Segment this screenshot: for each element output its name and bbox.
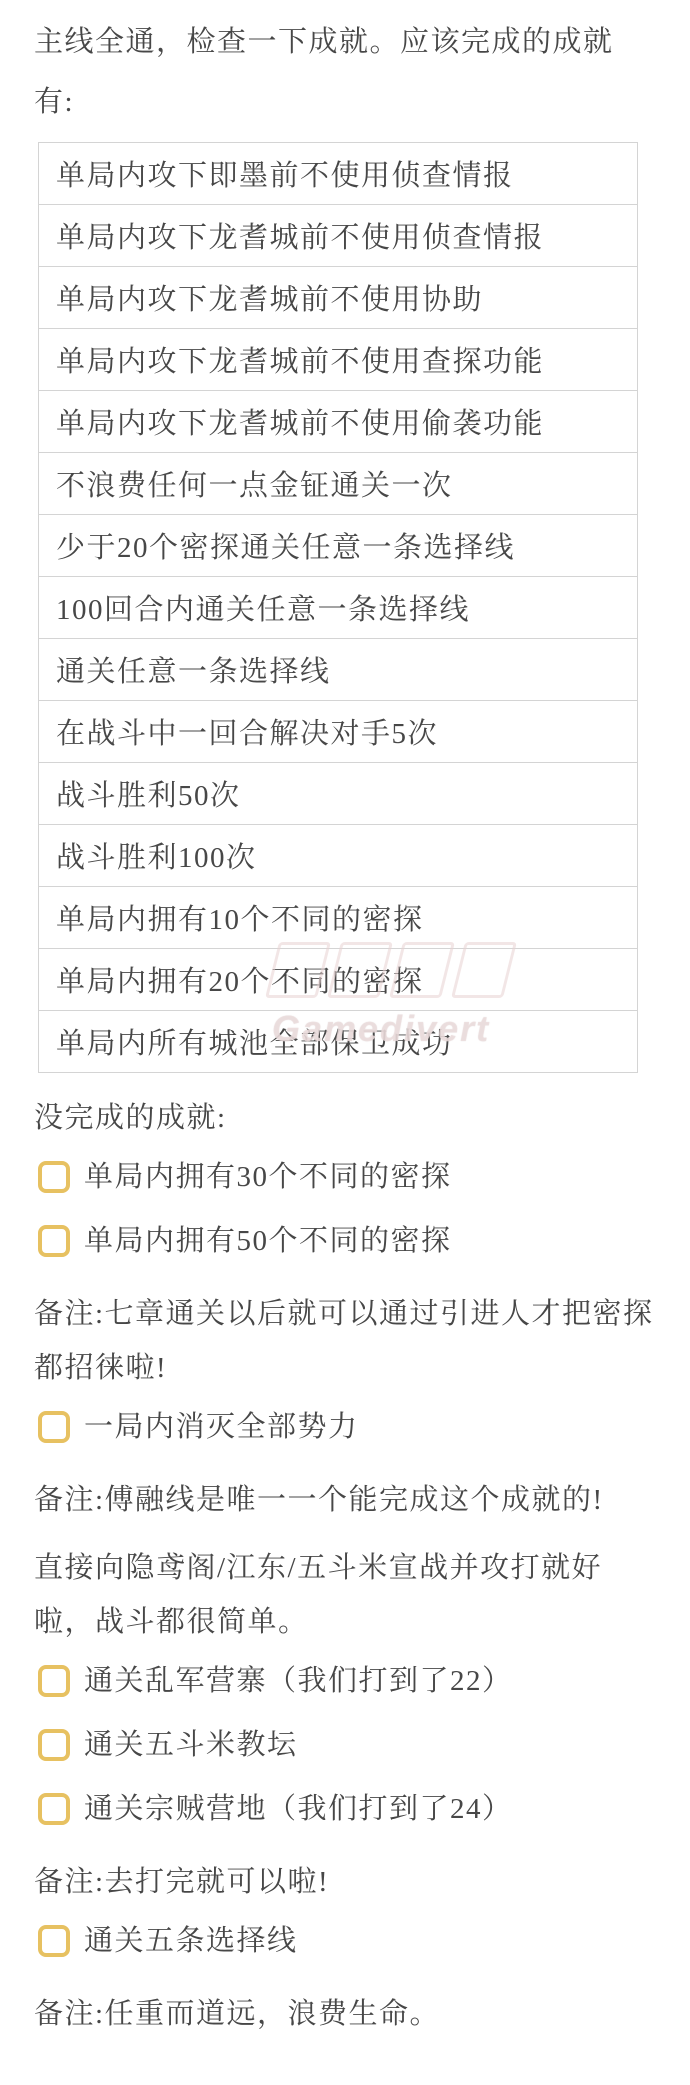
table-row: 单局内攻下龙耆城前不使用侦查情报 xyxy=(39,205,638,267)
todo-heading: 没完成的成就: xyxy=(34,1101,660,1135)
achievement-text: 单局内攻下龙耆城前不使用偷袭功能 xyxy=(39,391,638,453)
table-row: 单局内拥有10个不同的密探 xyxy=(39,887,638,949)
achievement-text: 单局内攻下龙耆城前不使用查探功能 xyxy=(39,329,638,391)
achievement-text: 战斗胜利100次 xyxy=(39,825,638,887)
table-row: 单局内攻下龙耆城前不使用查探功能 xyxy=(39,329,638,391)
checklist-item-label: 一局内消灭全部势力 xyxy=(84,1409,359,1445)
note-text: 备注:傅融线是唯一一个能完成这个成就的! xyxy=(34,1473,660,1527)
achievement-text: 单局内攻下龙耆城前不使用侦查情报 xyxy=(39,205,638,267)
checklist-item: 通关宗贼营地（我们打到了24） xyxy=(34,1791,660,1827)
table-row: 战斗胜利50次 xyxy=(39,763,638,825)
checkbox[interactable] xyxy=(38,1225,70,1257)
checklist-item-label: 通关宗贼营地（我们打到了24） xyxy=(84,1791,513,1827)
table-row: 单局内攻下即墨前不使用侦查情报 xyxy=(39,143,638,205)
note-text: 直接向隐鸢阁/江东/五斗米宣战并攻打就好啦，战斗都很简单。 xyxy=(34,1541,660,1649)
achievement-text: 不浪费任何一点金钲通关一次 xyxy=(39,453,638,515)
note-text: 备注:任重而道远，浪费生命。 xyxy=(34,1987,660,2041)
checkbox[interactable] xyxy=(38,1161,70,1193)
table-row: 单局内攻下龙耆城前不使用偷袭功能 xyxy=(39,391,638,453)
todo-section: 没完成的成就: 单局内拥有30个不同的密探 单局内拥有50个不同的密探 备注:七… xyxy=(34,1101,660,2041)
achievement-text: 在战斗中一回合解决对手5次 xyxy=(39,701,638,763)
achievement-text: 单局内攻下即墨前不使用侦查情报 xyxy=(39,143,638,205)
achievement-text: 通关任意一条选择线 xyxy=(39,639,638,701)
table-row: 单局内拥有20个不同的密探 xyxy=(39,949,638,1011)
checklist-item: 通关五斗米教坛 xyxy=(34,1727,660,1763)
table-row: 100回合内通关任意一条选择线 xyxy=(39,577,638,639)
checkbox[interactable] xyxy=(38,1411,70,1443)
checkbox[interactable] xyxy=(38,1729,70,1761)
achievement-text: 单局内拥有10个不同的密探 xyxy=(39,887,638,949)
table-row: 单局内所有城池全部保卫成功 xyxy=(39,1011,638,1073)
achievement-text: 单局内攻下龙耆城前不使用协助 xyxy=(39,267,638,329)
checkbox[interactable] xyxy=(38,1665,70,1697)
achievement-text: 100回合内通关任意一条选择线 xyxy=(39,577,638,639)
checklist-item: 一局内消灭全部势力 xyxy=(34,1409,660,1445)
achievement-text: 少于20个密探通关任意一条选择线 xyxy=(39,515,638,577)
checklist-item-label: 通关乱军营寨（我们打到了22） xyxy=(84,1663,513,1699)
achievement-text: 战斗胜利50次 xyxy=(39,763,638,825)
checkbox[interactable] xyxy=(38,1793,70,1825)
achievement-text: 单局内拥有20个不同的密探 xyxy=(39,949,638,1011)
table-row: 通关任意一条选择线 xyxy=(39,639,638,701)
achievement-text: 单局内所有城池全部保卫成功 xyxy=(39,1011,638,1073)
page: 主线全通，检查一下成就。应该完成的成就有: 单局内攻下即墨前不使用侦查情报 单局… xyxy=(0,0,690,2085)
table-row: 单局内攻下龙耆城前不使用协助 xyxy=(39,267,638,329)
completed-achievements-table: 单局内攻下即墨前不使用侦查情报 单局内攻下龙耆城前不使用侦查情报 单局内攻下龙耆… xyxy=(38,142,638,1073)
note-text: 备注:七章通关以后就可以通过引进人才把密探都招徕啦! xyxy=(34,1287,660,1395)
checklist-item-label: 通关五条选择线 xyxy=(84,1923,298,1959)
table-row: 战斗胜利100次 xyxy=(39,825,638,887)
checklist-item: 通关乱军营寨（我们打到了22） xyxy=(34,1663,660,1699)
note-text: 备注:去打完就可以啦! xyxy=(34,1855,660,1909)
checkbox[interactable] xyxy=(38,1925,70,1957)
checklist-item-label: 单局内拥有50个不同的密探 xyxy=(84,1223,452,1259)
table-row: 少于20个密探通关任意一条选择线 xyxy=(39,515,638,577)
table-row: 在战斗中一回合解决对手5次 xyxy=(39,701,638,763)
checklist-item: 单局内拥有50个不同的密探 xyxy=(34,1223,660,1259)
checklist-item-label: 单局内拥有30个不同的密探 xyxy=(84,1159,452,1195)
intro-text: 主线全通，检查一下成就。应该完成的成就有: xyxy=(34,12,652,132)
checklist-item: 单局内拥有30个不同的密探 xyxy=(34,1159,660,1195)
table-row: 不浪费任何一点金钲通关一次 xyxy=(39,453,638,515)
checklist-item: 通关五条选择线 xyxy=(34,1923,660,1959)
checklist-item-label: 通关五斗米教坛 xyxy=(84,1727,298,1763)
